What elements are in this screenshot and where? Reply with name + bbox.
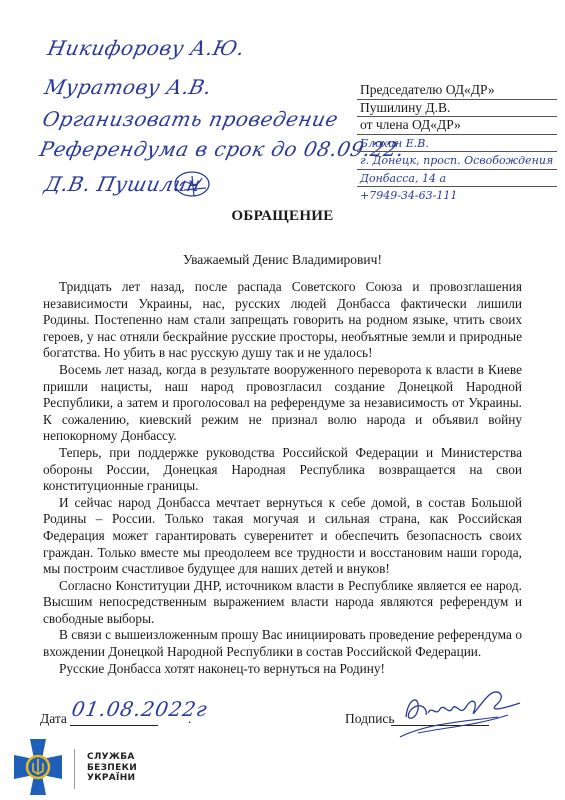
paragraph: Тридцать лет назад, после распада Советс… <box>43 279 522 362</box>
date-suffix: . <box>188 711 191 727</box>
date-underline <box>70 725 158 726</box>
signature-icon <box>388 687 528 742</box>
addressee-line: Председателю ОД«ДР» <box>357 82 557 100</box>
paragraph: И сейчас народ Донбасса мечтает вернутьс… <box>43 495 522 578</box>
paragraph: Восемь лет назад, когда в результате воо… <box>43 362 522 445</box>
paragraph: Теперь, при поддержке руководства Россий… <box>43 445 522 495</box>
sender-phone: +7949-34-63-111 <box>357 187 557 204</box>
resolution-line: Организовать проведение <box>40 107 340 131</box>
sender-name: Блохин Е.В. <box>357 135 557 153</box>
paragraph: Согласно Конституции ДНР, источником вла… <box>43 578 522 628</box>
sender-address: Донбасса, 14 а <box>357 170 557 188</box>
logo-text: СЛУЖБА БЕЗПЕКИ УКРАЇНИ <box>87 752 137 784</box>
logo-line: БЕЗПЕКИ <box>87 763 137 774</box>
logo-divider <box>74 749 75 789</box>
resolution-line: Муратову А.В. <box>42 75 214 99</box>
signature-scribble-icon <box>172 168 212 200</box>
signature-footer: Дата 01.08.2022г . Подпись <box>0 697 565 727</box>
sbu-cross-emblem-icon <box>8 737 68 797</box>
logo-line: УКРАЇНИ <box>87 773 137 784</box>
paragraph: В связи с вышеизложенным прошу Вас иници… <box>43 627 522 660</box>
addressee-line: от члена ОД«ДР» <box>357 117 557 135</box>
sbu-logo: СЛУЖБА БЕЗПЕКИ УКРАЇНИ <box>8 737 168 797</box>
letter-body: Тридцать лет назад, после распада Советс… <box>43 279 522 677</box>
resolution-line: Референдума в срок до 08.09.22. <box>37 137 406 161</box>
sender-address: г. Донецк, просп. Освобождения <box>357 152 557 170</box>
logo-line: СЛУЖБА <box>87 752 137 763</box>
paragraph: Русские Донбасса хотят наконец-то вернут… <box>43 661 522 678</box>
document-title: ОБРАЩЕНИЕ <box>0 208 565 225</box>
addressee-line: Пушилину Д.В. <box>357 100 557 118</box>
resolution-line: Никифорову А.Ю. <box>45 36 247 60</box>
addressee-block: Председателю ОД«ДР» Пушилину Д.В. от чле… <box>357 82 557 204</box>
greeting: Уважаемый Денис Владимирович! <box>0 252 565 268</box>
date-label: Дата <box>40 711 67 727</box>
